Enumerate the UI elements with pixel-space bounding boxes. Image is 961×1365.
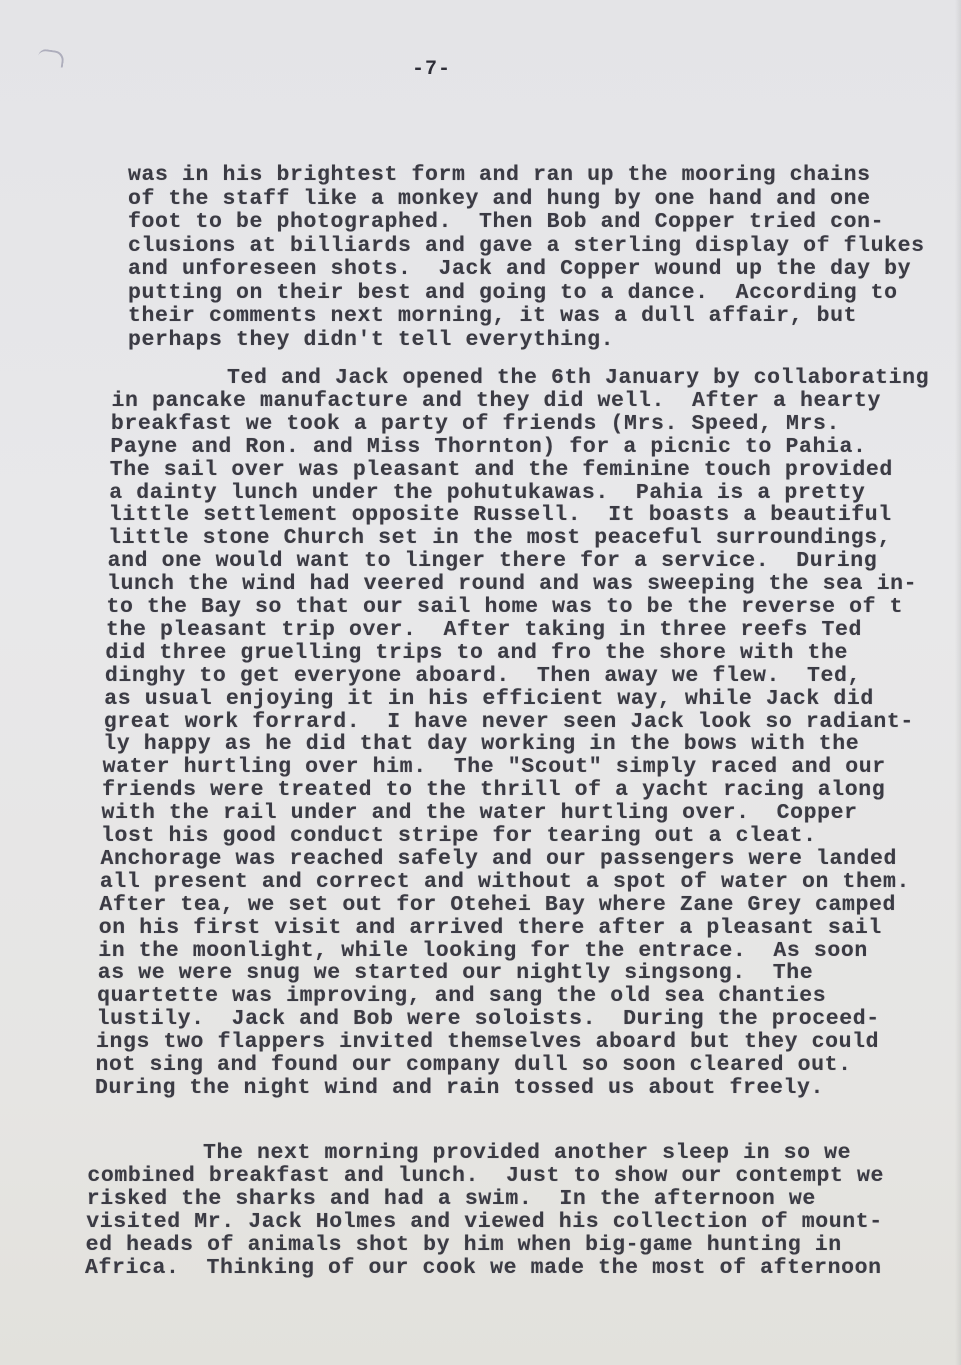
text-line: Africa. Thinking of our cook we made the… <box>85 1256 882 1280</box>
typewritten-page: -7- was in his brightest form and ran up… <box>0 0 961 1365</box>
page-edge-shadow <box>955 0 961 1365</box>
text-line: quartette was improving, and sang the ol… <box>97 984 826 1008</box>
text-line: their comments next morning, it was a du… <box>128 304 857 328</box>
text-line: to the Bay so that our sail home was to … <box>107 595 904 619</box>
text-line: ings two flappers invited themselves abo… <box>96 1030 879 1054</box>
text-line: Ted and Jack opened the 6th January by c… <box>227 366 929 390</box>
text-line: The next morning provided another sleep … <box>203 1141 851 1165</box>
text-line: ed heads of animals shot by him when big… <box>86 1233 842 1257</box>
text-line: dinghy to get everyone aboard. Then away… <box>105 664 861 688</box>
text-line: a dainty lunch under the pohutukawas. Pa… <box>109 481 865 505</box>
text-line: and unforeseen shots. Jack and Copper wo… <box>128 257 911 281</box>
text-line: Payne and Ron. and Miss Thornton) for a … <box>110 435 866 459</box>
text-line: risked the sharks and had a swim. In the… <box>87 1187 816 1211</box>
text-line: water hurtling over him. The "Scout" sim… <box>103 755 886 779</box>
text-line: little settlement opposite Russell. It b… <box>109 503 892 527</box>
text-line: combined breakfast and lunch. Just to sh… <box>87 1164 884 1188</box>
text-line: The sail over was pleasant and the femin… <box>110 458 893 482</box>
text-line: was in his brightest form and ran up the… <box>128 163 871 187</box>
text-line: lustily. Jack and Bob were soloists. Dur… <box>97 1007 880 1031</box>
text-line: as we were snug we started our nightly s… <box>98 961 814 985</box>
text-line: putting on their best and going to a dan… <box>128 281 898 305</box>
text-line: not sing and found our company dull so s… <box>96 1053 852 1077</box>
text-line: breakfast we took a party of friends (Mr… <box>111 412 840 436</box>
page-number: -7- <box>412 58 451 81</box>
text-line: did three gruelling trips to and fro the… <box>105 641 848 665</box>
text-line: the pleasant trip over. After taking in … <box>106 618 862 642</box>
text-line: clusions at billiards and gave a sterlin… <box>128 234 925 258</box>
text-line: great work forrard. I have never seen Ja… <box>104 710 914 734</box>
text-line: of the staff like a monkey and hung by o… <box>128 187 871 211</box>
text-line: lunch the wind had veered round and was … <box>107 572 917 596</box>
text-line: in the moonlight, while looking for the … <box>98 939 868 963</box>
text-line: perhaps they didn't tell everything. <box>128 328 614 352</box>
text-line: in pancake manufacture and they did well… <box>111 389 881 413</box>
text-line: ly happy as he did that day working in t… <box>103 732 859 756</box>
pen-mark <box>37 48 65 67</box>
text-line: After tea, we set out for Otehei Bay whe… <box>99 893 896 917</box>
text-line: all present and correct and without a sp… <box>100 870 910 894</box>
text-line: and one would want to linger there for a… <box>108 549 878 573</box>
text-line: foot to be photographed. Then Bob and Co… <box>128 210 884 234</box>
text-line: little stone Church set in the most peac… <box>108 526 891 550</box>
text-line: as usual enjoying it in his efficient wa… <box>104 687 874 711</box>
text-line: lost his good conduct stripe for tearing… <box>101 824 817 848</box>
text-line: visited Mr. Jack Holmes and viewed his c… <box>86 1210 883 1234</box>
text-line: on his first visit and arrived there aft… <box>99 916 882 940</box>
text-line: During the night wind and rain tossed us… <box>95 1076 824 1100</box>
text-line: Anchorage was reached safely and our pas… <box>100 847 897 871</box>
text-line: friends were treated to the thrill of a … <box>102 778 885 802</box>
text-line: with the rail under and the water hurtli… <box>102 801 858 825</box>
